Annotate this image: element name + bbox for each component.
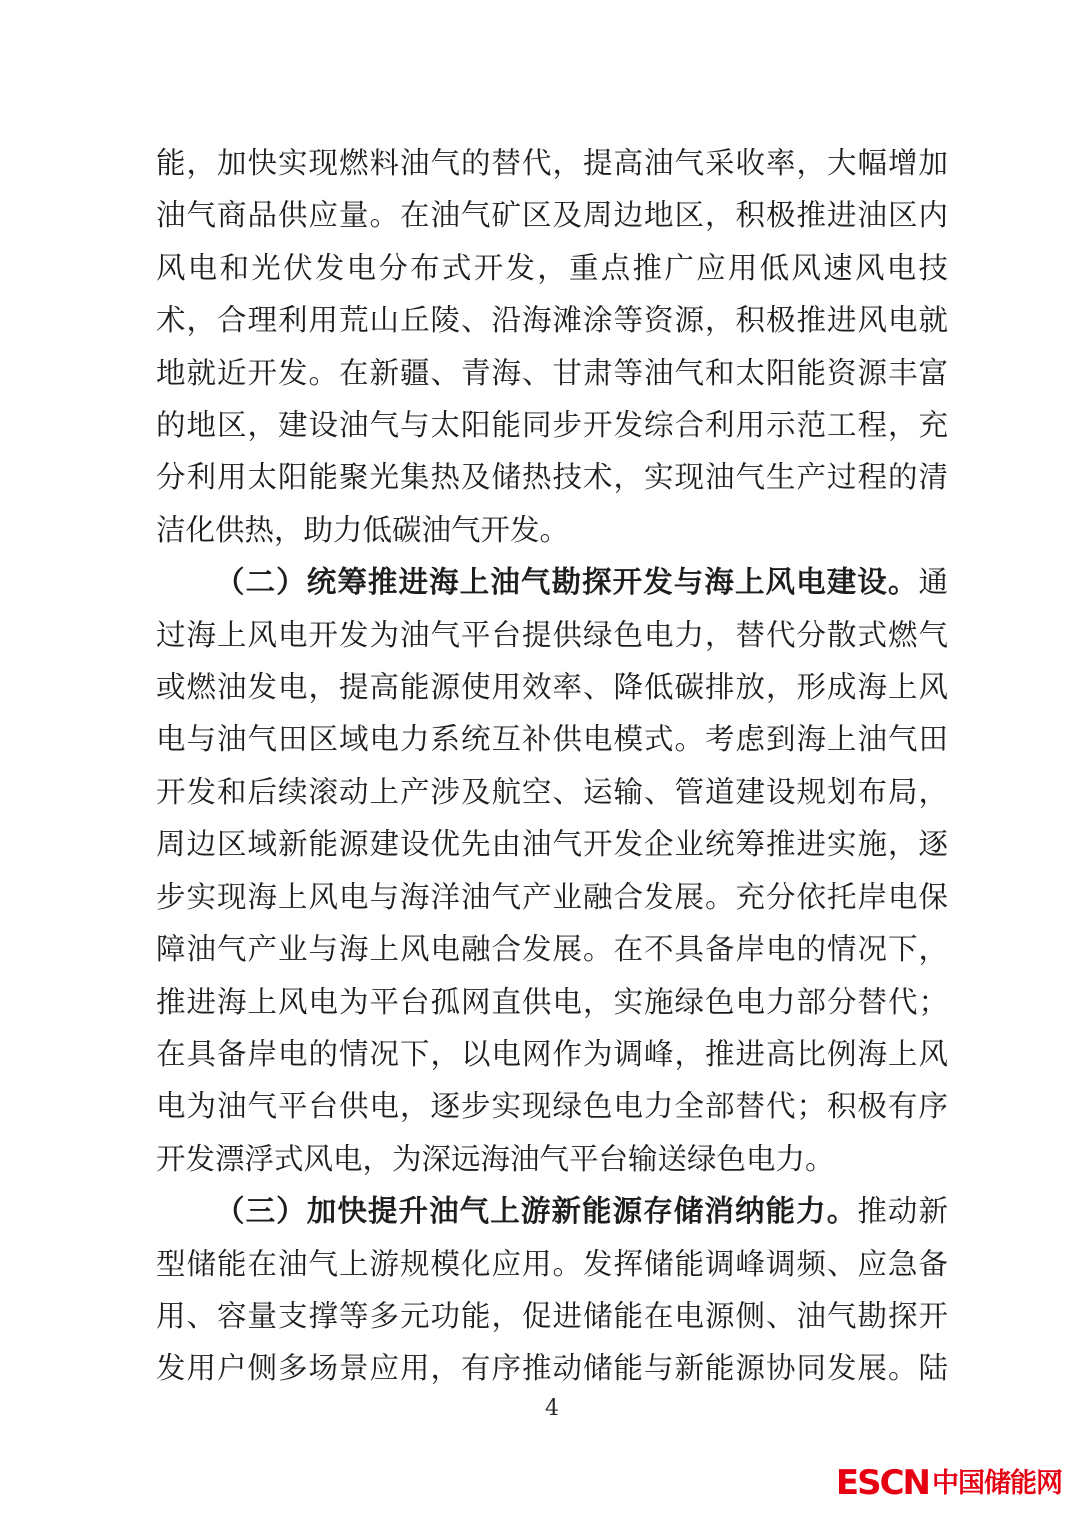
paragraph-body: 能，加快实现燃料油气的替代，提高油气采收率，大幅增加油气商品供应量。在油气矿区及…: [156, 146, 948, 547]
paragraph-continuation: 能，加快实现燃料油气的替代，提高油气采收率，大幅增加油气商品供应量。在油气矿区及…: [156, 137, 948, 556]
escn-logo-chinese: 中国储能网: [932, 1470, 1062, 1497]
document-page: 能，加快实现燃料油气的替代，提高油气采收率，大幅增加油气商品供应量。在油气矿区及…: [0, 0, 1080, 1527]
paragraph-section-3: （三）加快提升油气上游新能源存储消纳能力。推动新型储能在油气上游规模化应用。发挥…: [156, 1185, 948, 1395]
escn-logo-latin: ESCN: [836, 1466, 929, 1500]
paragraph-section-2: （二）统筹推进海上油气勘探开发与海上风电建设。通过海上风电开发为油气平台提供绿色…: [156, 556, 948, 1185]
section-3-heading: （三）加快提升油气上游新能源存储消纳能力。: [215, 1193, 857, 1228]
section-2-heading: （二）统筹推进海上油气勘探开发与海上风电建设。: [215, 564, 918, 599]
body-text-block: 能，加快实现燃料油气的替代，提高油气采收率，大幅增加油气商品供应量。在油气矿区及…: [156, 137, 948, 1395]
escn-logo: ESCN 中国储能网: [836, 1466, 1062, 1500]
paragraph-body: 通过海上风电开发为油气平台提供绿色电力，替代分散式燃气或燃油发电，提高能源使用效…: [156, 565, 948, 1175]
page-number: 4: [156, 1396, 948, 1421]
